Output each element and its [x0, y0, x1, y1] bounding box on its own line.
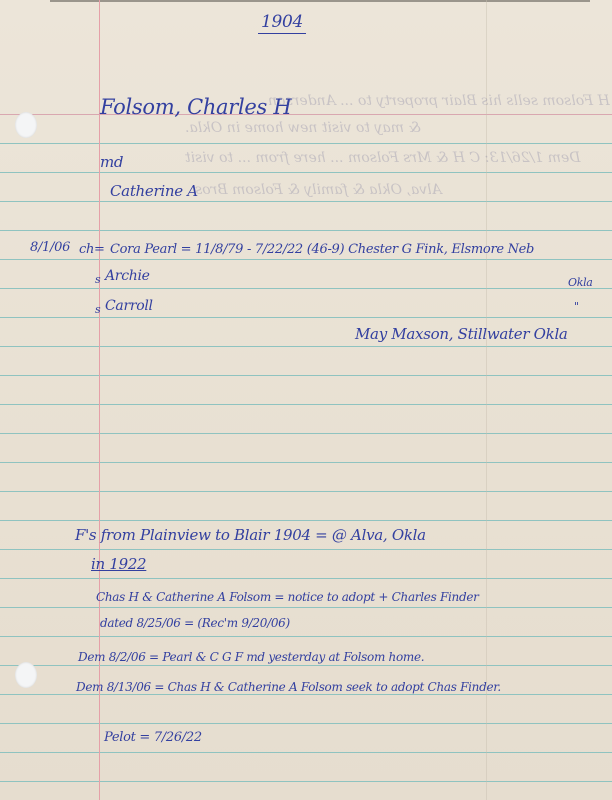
ruled-line: [0, 520, 612, 521]
note-line: Dem 8/2/06 = Pearl & C G F md yesterday …: [78, 650, 424, 664]
ruled-line: [0, 694, 612, 695]
note-line: dated 8/25/06 = (Rec'm 9/20/06): [100, 616, 290, 630]
bleed-through-text: Dem 1/8/12: C H Folsom sells his Blair p…: [268, 93, 612, 109]
ruled-line: [0, 433, 612, 434]
note-line: Chas H & Catherine A Folsom = notice to …: [96, 590, 479, 604]
ruled-line: [0, 143, 612, 144]
ruled-line: [0, 346, 612, 347]
children-prefix: ch=: [79, 242, 105, 257]
page-top-edge: [50, 0, 590, 2]
married-label: md: [100, 153, 123, 171]
child-archie-note: Okla: [568, 276, 593, 289]
note-line: in 1922: [91, 555, 146, 573]
other-entry: May Maxson, Stillwater Okla: [355, 325, 568, 343]
ruled-line: [0, 172, 612, 173]
ruled-line: [0, 752, 612, 753]
children-date: 8/1/06: [30, 240, 70, 255]
ruled-line: [0, 462, 612, 463]
ruled-line: [0, 288, 612, 289]
child-carroll: Carroll: [105, 298, 153, 314]
ruled-line: [0, 549, 612, 550]
ruled-line: [0, 636, 612, 637]
ruled-line: [0, 201, 612, 202]
child-archie: Archie: [105, 268, 150, 284]
subject-name: Folsom, Charles H: [100, 95, 291, 119]
ruled-line: [0, 578, 612, 579]
ruled-line: [0, 259, 612, 260]
ruled-line: [0, 317, 612, 318]
child-marker: s: [95, 303, 100, 316]
ruled-line: [0, 607, 612, 608]
spouse-name: Catherine A: [110, 182, 198, 200]
ruled-line: [0, 230, 612, 231]
child-cora-pearl: Cora Pearl = 11/8/79 - 7/22/22 (46-9) Ch…: [110, 242, 534, 257]
note-line: F's from Plainview to Blair 1904 = @ Alv…: [75, 526, 426, 544]
year-heading: 1904: [258, 12, 306, 34]
note-line: Dem 8/13/06 = Chas H & Catherine A Folso…: [76, 680, 501, 694]
ruled-line: [0, 491, 612, 492]
notebook-page: Dem 1/8/12: C H Folsom sells his Blair p…: [0, 0, 612, 800]
bleed-through-text: Alva, Okla & family & Folsom Bros: [195, 182, 442, 198]
child-marker: s: [95, 273, 100, 286]
bleed-through-text: Dem 1/26/13: C H & Mrs Folsom ... here f…: [185, 150, 581, 166]
ruled-line: [0, 665, 612, 666]
ruled-line: [0, 404, 612, 405]
ruled-line: [0, 723, 612, 724]
ruled-line: [0, 375, 612, 376]
binder-hole-top: [15, 112, 37, 138]
binder-hole-bottom: [15, 662, 37, 688]
bleed-through-text: & may to visit new home in Okla.: [185, 120, 421, 136]
header-rule: [0, 114, 612, 115]
ruled-line: [0, 781, 612, 782]
note-line: Pelot = 7/26/22: [104, 730, 202, 745]
child-carroll-note: ": [574, 300, 579, 313]
